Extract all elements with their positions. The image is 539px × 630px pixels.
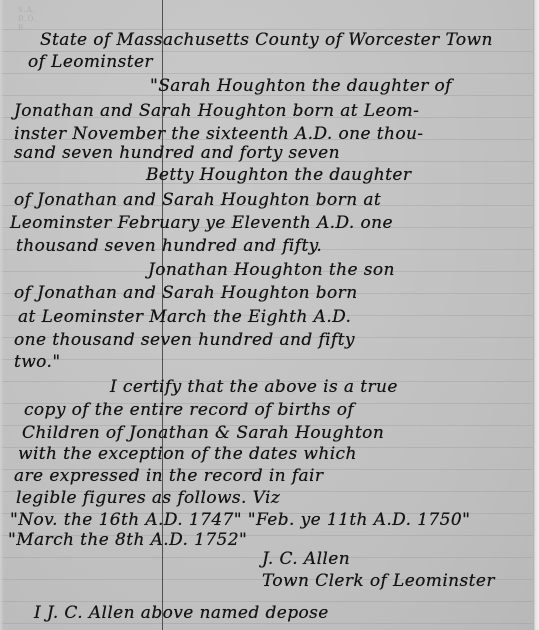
certification-4: with the exception of the dates which	[18, 444, 357, 464]
certification-5: are expressed in the record in fair	[14, 466, 323, 486]
record-jonathan-1: Jonathan Houghton the son	[148, 260, 395, 280]
record-sarah-2: Jonathan and Sarah Houghton born at Leom…	[14, 101, 419, 121]
heading-line-2: of Leominster	[28, 52, 153, 72]
certification-3: Children of Jonathan & Sarah Houghton	[22, 423, 384, 443]
dates-line-2: "March the 8th A.D. 1752"	[8, 530, 247, 550]
certification-2: copy of the entire record of births of	[24, 400, 354, 420]
page-left-edge	[0, 0, 4, 630]
record-betty-4: thousand seven hundred and fifty.	[16, 236, 322, 256]
heading-line-1: State of Massachusetts County of Worcest…	[40, 30, 493, 50]
record-betty-1: Betty Houghton the daughter	[146, 165, 411, 185]
deposition-line: I J. C. Allen above named depose	[34, 603, 329, 623]
record-betty-2: of Jonathan and Sarah Houghton born at	[14, 190, 381, 210]
record-jonathan-5: two."	[14, 352, 61, 372]
record-jonathan-2: of Jonathan and Sarah Houghton born	[14, 283, 358, 303]
signature-title: Town Clerk of Leominster	[262, 571, 495, 591]
record-jonathan-4: one thousand seven hundred and fifty	[14, 330, 355, 350]
record-sarah-1: "Sarah Houghton the daughter of	[150, 76, 452, 96]
certification-1: I certify that the above is a true	[110, 377, 398, 397]
record-betty-3: Leominster February ye Eleventh A.D. one	[10, 213, 393, 233]
page-right-edge	[533, 0, 539, 630]
record-sarah-3: inster November the sixteenth A.D. one t…	[14, 124, 423, 144]
signature-name: J. C. Allen	[262, 549, 350, 569]
dates-line-1: "Nov. the 16th A.D. 1747" "Feb. ye 11th …	[10, 510, 470, 530]
certification-6: legible figures as follows. Viz	[16, 488, 280, 508]
record-sarah-4: sand seven hundred and forty seven	[14, 143, 340, 163]
record-jonathan-3: at Leominster March the Eighth A.D.	[18, 307, 351, 327]
